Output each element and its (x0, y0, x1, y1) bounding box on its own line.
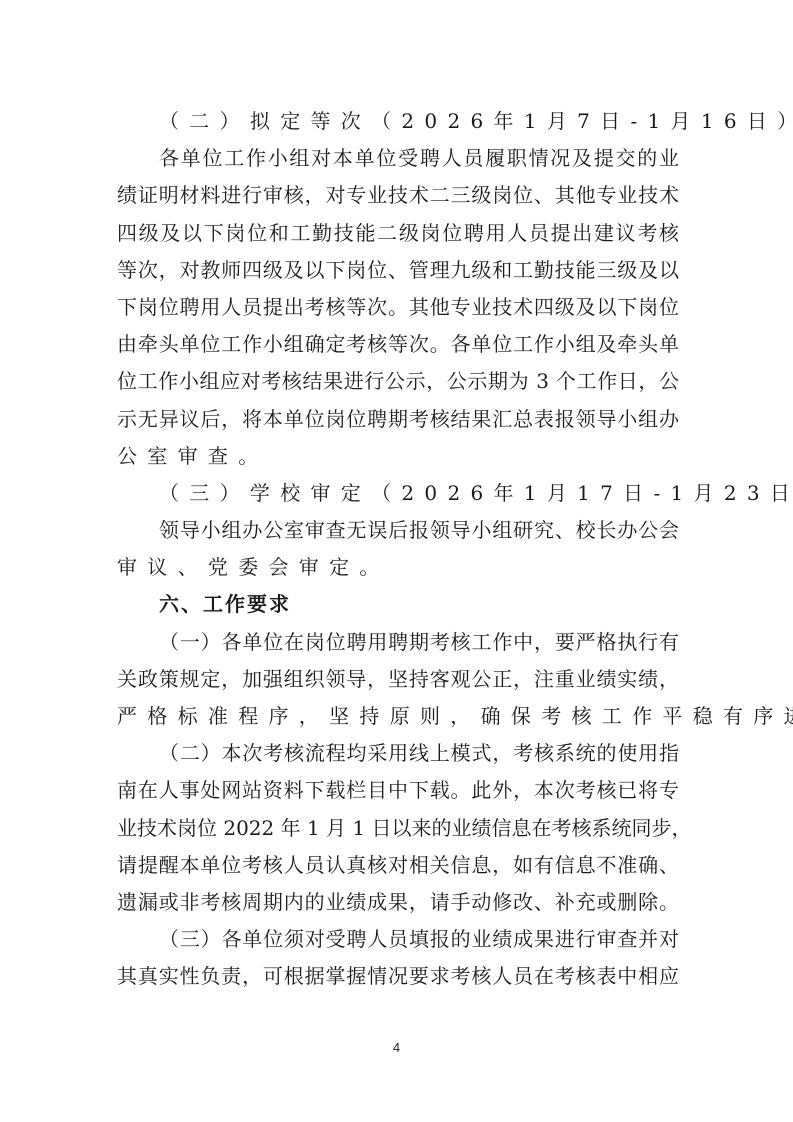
paragraph-line: 审议、党委会审定。 (117, 549, 679, 586)
document-page: （二）拟定等次（2026年1月7日-1月16日） 各单位工作小组对本单位受聘人员… (117, 103, 679, 996)
page-number: 4 (0, 1040, 793, 1055)
subheading-draft-grades: （二）拟定等次（2026年1月7日-1月16日） (117, 103, 679, 140)
paragraph-line: 下岗位聘用人员提出考核等次。其他专业技术四级及以下岗位 (117, 289, 679, 326)
paragraph-line: 绩证明材料进行审核，对专业技术二三级岗位、其他专业技术 (117, 177, 679, 214)
paragraph-line: （二）本次考核流程均采用线上模式，考核系统的使用指 (117, 735, 679, 772)
paragraph-line: 各单位工作小组对本单位受聘人员履职情况及提交的业 (117, 140, 679, 177)
paragraph-line: 其真实性负责，可根据掌握情况要求考核人员在考核表中相应 (117, 958, 679, 995)
paragraph-line: 等次，对教师四级及以下岗位、管理九级和工勤技能三级及以 (117, 252, 679, 289)
subheading-school-review: （三）学校审定（2026年1月17日-1月23日） (117, 475, 679, 512)
paragraph-line: 位工作小组应对考核结果进行公示，公示期为 3 个工作日，公 (117, 363, 679, 400)
paragraph-line: 示无异议后，将本单位岗位聘期考核结果汇总表报领导小组办 (117, 401, 679, 438)
paragraph-line: 请提醒本单位考核人员认真核对相关信息，如有信息不准确、 (117, 847, 679, 884)
paragraph-line: 南在人事处网站资料下载栏目中下载。此外，本次考核已将专 (117, 772, 679, 809)
paragraph-line: 业技术岗位 2022 年 1 月 1 日以来的业绩信息在考核系统同步， (117, 810, 679, 847)
paragraph-line: 关政策规定，加强组织领导，坚持客观公正，注重业绩实绩， (117, 661, 679, 698)
paragraph-line: 由牵头单位工作小组确定考核等次。各单位工作小组及牵头单 (117, 326, 679, 363)
paragraph-line: （三）各单位须对受聘人员填报的业绩成果进行审查并对 (117, 921, 679, 958)
paragraph-line: 四级及以下岗位和工勤技能二级岗位聘用人员提出建议考核 (117, 215, 679, 252)
paragraph-line: 公室审查。 (117, 438, 679, 475)
paragraph-line: 领导小组办公室审查无误后报领导小组研究、校长办公会 (117, 512, 679, 549)
section-heading-work-requirements: 六、工作要求 (117, 586, 679, 623)
paragraph-line: 严格标准程序，坚持原则，确保考核工作平稳有序进行。 (117, 698, 679, 735)
paragraph-line: （一）各单位在岗位聘用聘期考核工作中，要严格执行有 (117, 624, 679, 661)
paragraph-line: 遗漏或非考核周期内的业绩成果，请手动修改、补充或删除。 (117, 884, 679, 921)
